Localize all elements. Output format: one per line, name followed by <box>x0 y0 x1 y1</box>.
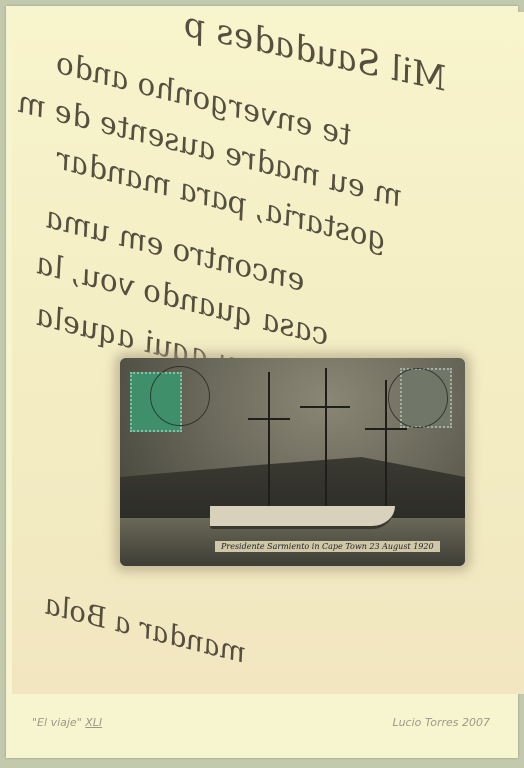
print-area: Mil Saudades p te envergonho ando m eu m… <box>12 12 524 694</box>
ship-yard <box>300 406 350 408</box>
postmark-icon <box>388 368 448 428</box>
ship-mast <box>268 372 270 512</box>
title-text: "El viaje" <box>32 716 82 729</box>
postcard-image: Presidente Sarmiento in Cape Town 23 Aug… <box>120 358 465 566</box>
ship-mast <box>385 380 387 512</box>
ship-yard <box>248 418 290 420</box>
ship-mast <box>325 368 327 513</box>
ship-yard <box>365 428 407 430</box>
title-inscription: "El viaje" XLI <box>32 716 102 729</box>
artist-signature: Lucio Torres 2007 <box>392 716 490 729</box>
postmark-icon <box>150 366 210 426</box>
ship-hull <box>210 506 395 529</box>
handwriting-line: mandar a Bola <box>41 587 250 669</box>
postcard-caption: Presidente Sarmiento in Cape Town 23 Aug… <box>215 541 440 552</box>
edition-number: XLI <box>85 716 102 729</box>
